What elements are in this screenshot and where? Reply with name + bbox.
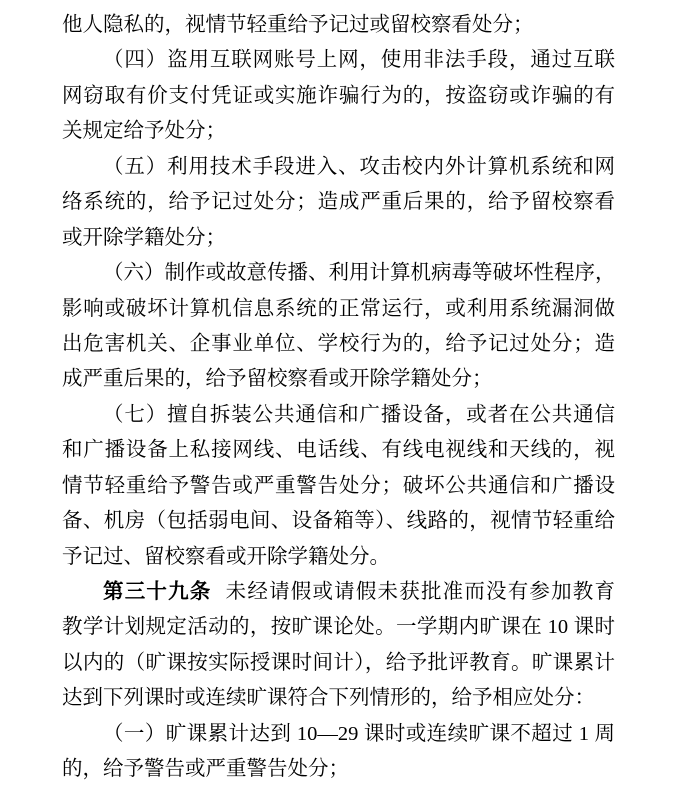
- article-number: 第三十九条: [103, 581, 211, 603]
- text-line: 和广播设备上私接网线、电话线、有线电视线和天线的，视: [62, 433, 615, 468]
- text-line-clause-1: （一）旷课累计达到 10—29 课时或连续旷课不超过 1 周: [62, 717, 615, 752]
- text-line-clause-4: （四）盗用互联网账号上网，使用非法手段，通过互联: [62, 43, 615, 78]
- text-line: 他人隐私的，视情节轻重给予记过或留校察看处分；: [62, 8, 615, 43]
- document-page: 他人隐私的，视情节轻重给予记过或留校察看处分； （四）盗用互联网账号上网，使用非…: [0, 0, 693, 789]
- text-line: 或开除学籍处分；: [62, 221, 615, 256]
- article-text: 未经请假或请假未获批准而没有参加教育: [224, 581, 615, 603]
- text-line: 影响或破坏计算机信息系统的正常运行，或利用系统漏洞做: [62, 292, 615, 327]
- text-line: 备、机房（包括弱电间、设备箱等）、线路的，视情节轻重给: [62, 504, 615, 539]
- text-line-article-39: 第三十九条未经请假或请假未获批准而没有参加教育: [62, 575, 615, 610]
- text-line: 教学计划规定活动的，按旷课论处。一学期内旷课在 10 课时: [62, 610, 615, 645]
- text-line: 成严重后果的，给予留校察看或开除学籍处分；: [62, 362, 615, 397]
- text-line: 以内的（旷课按实际授课时间计），给予批评教育。旷课累计: [62, 646, 615, 681]
- text-line: 情节轻重给予警告或严重警告处分；破坏公共通信和广播设: [62, 469, 615, 504]
- text-line-clause-6: （六）制作或故意传播、利用计算机病毒等破坏性程序，: [62, 256, 615, 291]
- text-line: 达到下列课时或连续旷课符合下列情形的，给予相应处分：: [62, 681, 615, 716]
- text-line: 络系统的，给予记过处分；造成严重后果的，给予留校察看: [62, 185, 615, 220]
- text-line: 出危害机关、企事业单位、学校行为的，给予记过处分；造: [62, 327, 615, 362]
- text-line-clause-7: （七）擅自拆装公共通信和广播设备，或者在公共通信: [62, 398, 615, 433]
- text-line: 予记过、留校察看或开除学籍处分。: [62, 540, 615, 575]
- text-line: 关规定给予处分；: [62, 114, 615, 149]
- text-line: 的，给予警告或严重警告处分；: [62, 752, 615, 787]
- text-line-clause-5: （五）利用技术手段进入、攻击校内外计算机系统和网: [62, 150, 615, 185]
- text-line: 网窃取有价支付凭证或实施诈骗行为的，按盗窃或诈骗的有: [62, 79, 615, 114]
